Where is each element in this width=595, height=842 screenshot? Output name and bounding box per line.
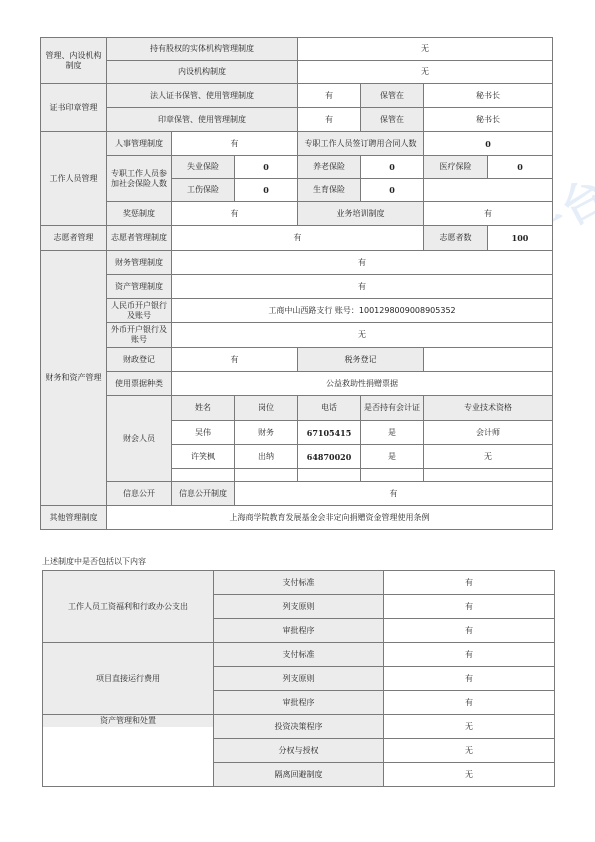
value-delegation: 无 <box>384 739 555 763</box>
label-tax-reg: 税务登记 <box>298 348 424 372</box>
label-approval-process: 审批程序 <box>214 619 384 643</box>
label-internal-org: 内设机构制度 <box>107 61 298 84</box>
value-receipt-type: 公益救助性捐赠票据 <box>172 372 553 396</box>
label-contract-count: 专职工作人员签订聘用合同人数 <box>298 132 424 156</box>
header-phone: 电话 <box>298 396 361 421</box>
label-investment-process: 投资决策程序 <box>214 715 384 739</box>
table2-caption: 上述制度中是否包括以下内容 <box>42 556 146 567</box>
accountant-position: 财务 <box>235 421 298 445</box>
label-pension: 养老保险 <box>298 156 361 179</box>
label-finance-policy: 财务管理制度 <box>107 251 172 275</box>
accountant-name <box>172 469 235 482</box>
value-contract-count: 0 <box>424 132 553 156</box>
label-disclosure-policy: 信息公开制度 <box>172 482 235 506</box>
accountant-phone <box>298 469 361 482</box>
header-name: 姓名 <box>172 396 235 421</box>
label-reward-policy: 奖惩制度 <box>107 202 172 226</box>
value-reward-policy: 有 <box>172 202 298 226</box>
value-recusal-policy: 无 <box>384 763 555 787</box>
label-unemployment: 失业保险 <box>172 156 235 179</box>
value-volunteer-policy: 有 <box>172 226 424 251</box>
label-training-policy: 业务培训制度 <box>298 202 424 226</box>
label-approval-process: 审批程序 <box>214 691 384 715</box>
group-asset-mgmt: 资产管理和处置 <box>43 715 214 787</box>
header-qualification: 专业技术资格 <box>424 396 553 421</box>
category-disclosure: 信息公开 <box>107 482 172 506</box>
value-approval-process: 有 <box>384 619 555 643</box>
label-injury: 工伤保险 <box>172 179 235 202</box>
group-project-costs: 项目直接运行费用 <box>43 643 214 715</box>
label-asset-policy: 资产管理制度 <box>107 275 172 299</box>
accountant-phone: 67105415 <box>298 421 361 445</box>
value-volunteer-count: 100 <box>488 226 553 251</box>
accountant-has-cert: 是 <box>361 445 424 469</box>
label-cert-policy: 法人证书保管、使用管理制度 <box>107 84 298 108</box>
value-injury: 0 <box>235 179 298 202</box>
category-staff-mgmt: 工作人员管理 <box>41 132 107 226</box>
accountant-qualification: 无 <box>424 445 553 469</box>
label-medical: 医疗保险 <box>424 156 488 179</box>
accountant-name: 许笑枫 <box>172 445 235 469</box>
value-cert-policy: 有 <box>298 84 361 108</box>
value-expense-principle: 有 <box>384 595 555 619</box>
accountant-phone: 64870020 <box>298 445 361 469</box>
value-pension: 0 <box>361 156 424 179</box>
accountant-qualification: 会计师 <box>424 421 553 445</box>
value-seal-keeper: 秘书长 <box>424 108 553 132</box>
label-volunteer-count: 志愿者数 <box>424 226 488 251</box>
label-expense-principle: 列支原则 <box>214 595 384 619</box>
label-rmb-account: 人民币开户银行及账号 <box>107 299 172 323</box>
policy-content-table: 工作人员工资福利和行政办公支出 支付标准 有 列支原则 有 审批程序 有 项目直… <box>42 570 555 787</box>
accountant-position <box>235 469 298 482</box>
group-staff-admin: 工作人员工资福利和行政办公支出 <box>43 571 214 643</box>
accountant-has-cert <box>361 469 424 482</box>
value-rmb-account: 工商中山西路支行 账号：1001298009008905352 <box>172 299 553 323</box>
value-entity-mgmt: 无 <box>298 38 553 61</box>
category-volunteer: 志愿者管理 <box>41 226 107 251</box>
value-investment-process: 无 <box>384 715 555 739</box>
value-hr-policy: 有 <box>172 132 298 156</box>
value-training-policy: 有 <box>424 202 553 226</box>
label-insurance-count: 专职工作人员参加社会保险人数 <box>107 156 172 202</box>
value-asset-policy: 有 <box>172 275 553 299</box>
label-hr-policy: 人事管理制度 <box>107 132 172 156</box>
value-maternity: 0 <box>361 179 424 202</box>
accountant-position: 出纳 <box>235 445 298 469</box>
label-maternity: 生育保险 <box>298 179 361 202</box>
group-asset-mgmt-label: 资产管理和处置 <box>43 715 213 727</box>
value-fx-account: 无 <box>172 323 553 348</box>
label-receipt-type: 使用票据种类 <box>107 372 172 396</box>
label-cert-keeper: 保管在 <box>361 84 424 108</box>
value-cert-keeper: 秘书长 <box>424 84 553 108</box>
value-disclosure-policy: 有 <box>235 482 553 506</box>
value-approval-process: 有 <box>384 691 555 715</box>
value-seal-policy: 有 <box>298 108 361 132</box>
category-other: 其他管理制度 <box>41 506 107 530</box>
value-medical: 0 <box>488 156 553 179</box>
header-position: 岗位 <box>235 396 298 421</box>
org-management-table: 管理、内设机构制度 持有股权的实体机构管理制度 无 内设机构制度 无 证书印章管… <box>40 37 553 530</box>
label-pay-standard: 支付标准 <box>214 643 384 667</box>
value-unemployment: 0 <box>235 156 298 179</box>
value-other-policy: 上海商学院教育发展基金会非定向捐赠资金管理使用条例 <box>107 506 553 530</box>
empty-cell <box>424 179 553 202</box>
accountant-name: 吴伟 <box>172 421 235 445</box>
value-pay-standard: 有 <box>384 571 555 595</box>
category-internal-mgmt: 管理、内设机构制度 <box>41 38 107 84</box>
label-volunteer-policy: 志愿者管理制度 <box>107 226 172 251</box>
value-tax-reg <box>424 348 553 372</box>
label-pay-standard: 支付标准 <box>214 571 384 595</box>
value-expense-principle: 有 <box>384 667 555 691</box>
label-delegation: 分权与授权 <box>214 739 384 763</box>
value-fiscal-reg: 有 <box>172 348 298 372</box>
label-fx-account: 外币开户银行及账号 <box>107 323 172 348</box>
label-accountants: 财会人员 <box>107 396 172 482</box>
accountant-has-cert: 是 <box>361 421 424 445</box>
label-recusal-policy: 隔离回避制度 <box>214 763 384 787</box>
value-finance-policy: 有 <box>172 251 553 275</box>
value-internal-org: 无 <box>298 61 553 84</box>
label-seal-policy: 印章保管、使用管理制度 <box>107 108 298 132</box>
category-seal-mgmt: 证书印章管理 <box>41 84 107 132</box>
accountant-qualification <box>424 469 553 482</box>
label-expense-principle: 列支原则 <box>214 667 384 691</box>
category-finance: 财务和资产管理 <box>41 251 107 506</box>
value-pay-standard: 有 <box>384 643 555 667</box>
label-fiscal-reg: 财政登记 <box>107 348 172 372</box>
label-entity-mgmt: 持有股权的实体机构管理制度 <box>107 38 298 61</box>
label-seal-keeper: 保管在 <box>361 108 424 132</box>
header-has-cert: 是否持有会计证 <box>361 396 424 421</box>
